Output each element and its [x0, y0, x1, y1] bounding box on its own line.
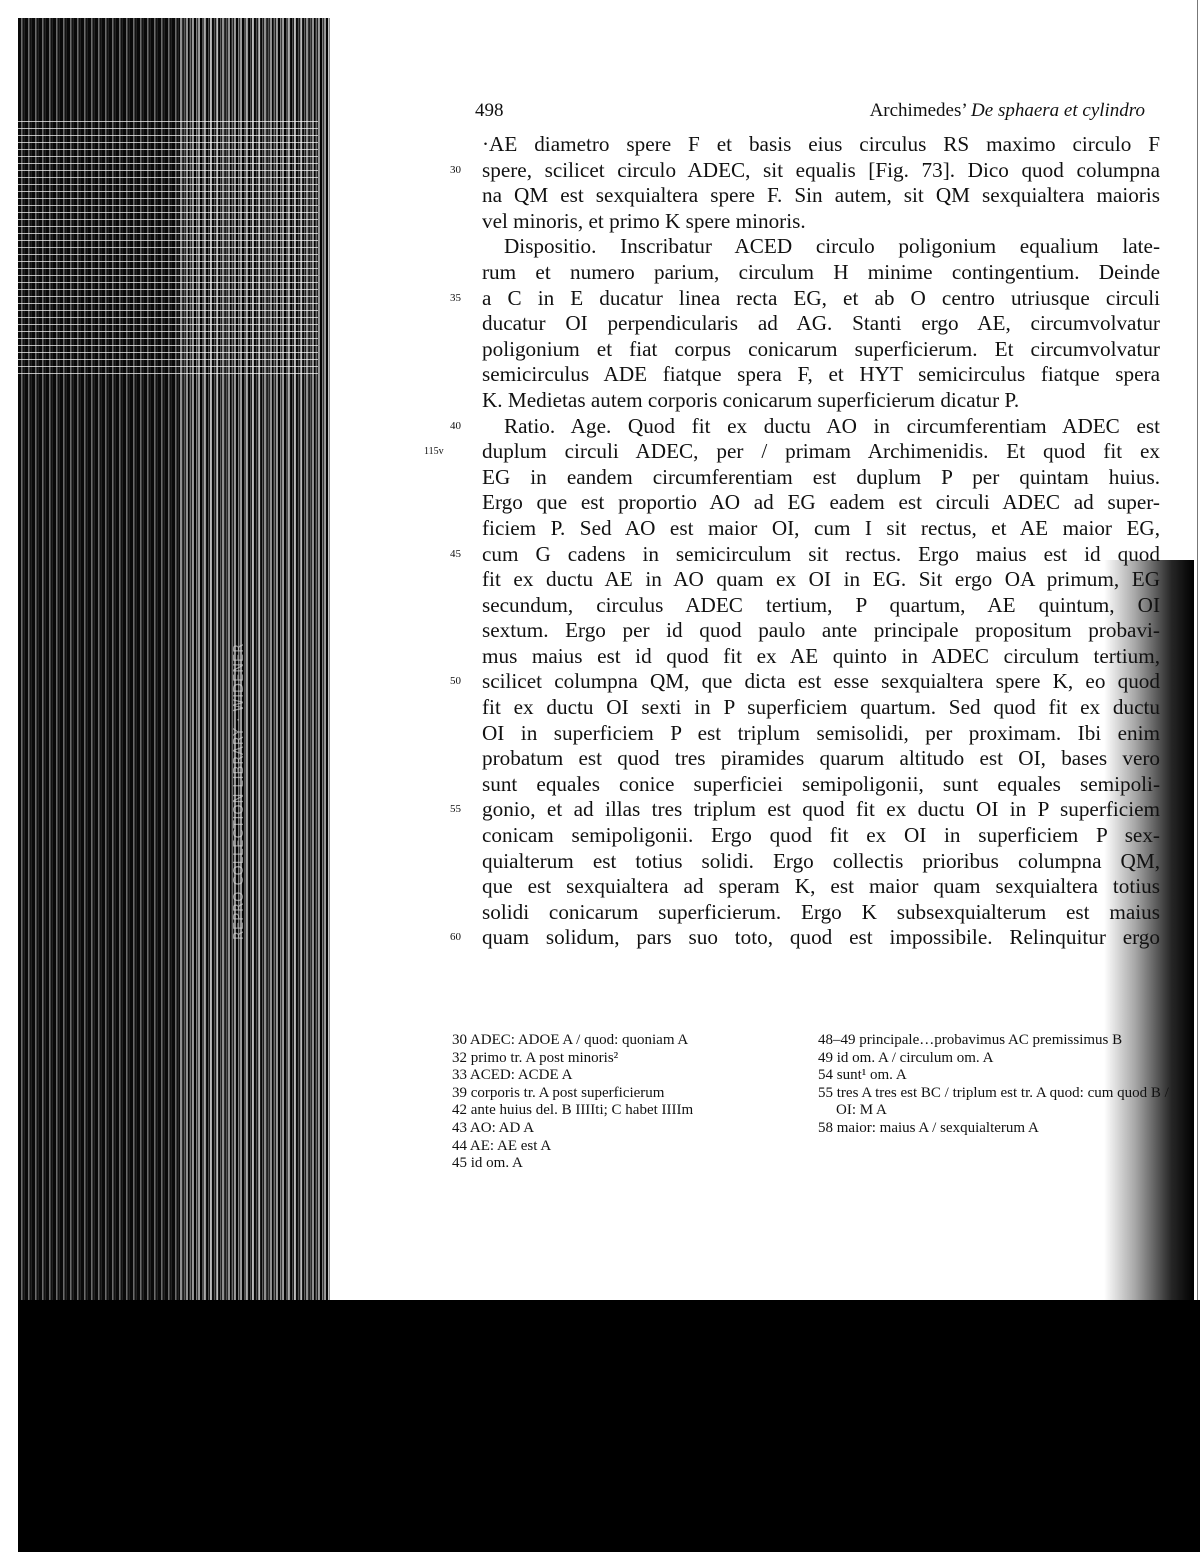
spine-label: REPRO COLLECTION LIBRARY · WIDENER: [232, 360, 262, 940]
line-number: 40: [450, 414, 461, 440]
text-line: spere, scilicet circulo ADEC, sit equali…: [482, 158, 1160, 184]
line-text: fit ex ductu OI sexti in P superficiem q…: [482, 695, 1160, 721]
text-line: EG in eandem circumferentiam est duplum …: [482, 465, 1160, 491]
line-text: OI in superficiem P est triplum semisoli…: [482, 721, 1160, 747]
line-text: ficiem P. Sed AO est maior OI, cum I sit…: [482, 516, 1160, 542]
line-text: ·AE diametro spere F et basis eius circu…: [482, 132, 1160, 158]
text-line: quam solidum, pars suo toto, quod est im…: [482, 925, 1160, 951]
apparatus-entry: 32 primo tr. A post minoris²: [452, 1050, 832, 1068]
running-title-work: De sphaera et cylindro: [971, 100, 1145, 121]
apparatus-entry: 49 id om. A / circulum om. A: [818, 1050, 1178, 1068]
apparatus-entries: 30 ADEC: ADOE A / quod: quoniam A32 prim…: [452, 1032, 832, 1173]
scan-background-dark: [18, 1300, 1200, 1552]
text-lines: ·AE diametro spere F et basis eius circu…: [482, 132, 1160, 951]
critical-apparatus-right: 48–49 principale…probavimus AC premissim…: [818, 1032, 1178, 1138]
book-page: 498 Archimedes’ De sphaera et cylindro ·…: [330, 0, 1160, 1340]
text-line: mus maius est id quod fit ex AE quinto i…: [482, 644, 1160, 670]
apparatus-entry: 30 ADEC: ADOE A / quod: quoniam A: [452, 1032, 832, 1050]
line-text: Ergo que est proportio AO ad EG eadem es…: [482, 490, 1160, 516]
text-line: Dispositio. Inscribatur ACED circulo pol…: [482, 234, 1160, 260]
line-text: scilicet columpna QM, que dicta est esse…: [482, 669, 1160, 695]
apparatus-entry: 55 tres A tres est BC / triplum est tr. …: [818, 1085, 1178, 1120]
text-line: ·AE diametro spere F et basis eius circu…: [482, 132, 1160, 158]
text-line: a C in E ducatur linea recta EG, et ab O…: [482, 286, 1160, 312]
text-line: fit ex ductu OI sexti in P superficiem q…: [482, 695, 1160, 721]
text-line: rum et numero parium, circulum H minime …: [482, 260, 1160, 286]
text-line: fit ex ductu AE in AO quam ex OI in EG. …: [482, 567, 1160, 593]
text-line: poligonium et fiat corpus conicarum supe…: [482, 337, 1160, 363]
apparatus-entries: 48–49 principale…probavimus AC premissim…: [818, 1032, 1178, 1138]
running-title-author: Archimedes’: [870, 100, 967, 121]
apparatus-entry: 54 sunt¹ om. A: [818, 1067, 1178, 1085]
scan-border: [1197, 0, 1198, 1400]
apparatus-entry: 39 corporis tr. A post superficierum: [452, 1085, 832, 1103]
text-line: OI in superficiem P est triplum semisoli…: [482, 721, 1160, 747]
apparatus-entry: 43 AO: AD A: [452, 1120, 832, 1138]
line-number: 55: [450, 797, 461, 823]
scan-artifact: [18, 120, 318, 380]
text-line: K. Medietas autem corporis conicarum sup…: [482, 388, 1160, 414]
line-text: solidi conicarum superficierum. Ergo K s…: [482, 900, 1160, 926]
line-text: secundum, circulus ADEC tertium, P quart…: [482, 593, 1160, 619]
line-number: 60: [450, 925, 461, 951]
line-text: duplum circuli ADEC, per / primam Archim…: [482, 439, 1160, 465]
text-line: scilicet columpna QM, que dicta est esse…: [482, 669, 1160, 695]
line-text: sunt equales conice superficiei semipoli…: [482, 772, 1160, 798]
apparatus-entry: 45 id om. A: [452, 1155, 832, 1173]
apparatus-entry: 58 maior: maius A / sexquialterum A: [818, 1120, 1178, 1138]
text-line: Ratio. Age. Quod fit ex ductu AO in circ…: [482, 414, 1160, 440]
apparatus-entry: 42 ante huius del. B IIIIti; C habet III…: [452, 1102, 832, 1120]
line-text: rum et numero parium, circulum H minime …: [482, 260, 1160, 286]
running-head: 498 Archimedes’ De sphaera et cylindro: [475, 100, 1115, 130]
line-text: fit ex ductu AE in AO quam ex OI in EG. …: [482, 567, 1160, 593]
line-text: cum G cadens in semicirculum sit rectus.…: [482, 542, 1160, 568]
text-line: solidi conicarum superficierum. Ergo K s…: [482, 900, 1160, 926]
line-number: 35: [450, 286, 461, 312]
text-line: vel minoris, et primo K spere minoris.: [482, 209, 1160, 235]
line-text: mus maius est id quod fit ex AE quinto i…: [482, 644, 1160, 670]
line-text: quialterum est totius solidi. Ergo colle…: [482, 849, 1160, 875]
main-text: ·AE diametro spere F et basis eius circu…: [482, 132, 1160, 951]
apparatus-entry: 48–49 principale…probavimus AC premissim…: [818, 1032, 1178, 1050]
text-line: Ergo que est proportio AO ad EG eadem es…: [482, 490, 1160, 516]
line-text: poligonium et fiat corpus conicarum supe…: [482, 337, 1160, 363]
text-line: conicam semipoligonii. Ergo quod fit ex …: [482, 823, 1160, 849]
text-line: na QM est sexquialtera spere F. Sin aute…: [482, 183, 1160, 209]
critical-apparatus-left: 30 ADEC: ADOE A / quod: quoniam A32 prim…: [452, 1032, 832, 1173]
line-text: vel minoris, et primo K spere minoris.: [482, 209, 1160, 235]
apparatus-entry: 44 AE: AE est A: [452, 1138, 832, 1156]
line-text: conicam semipoligonii. Ergo quod fit ex …: [482, 823, 1160, 849]
line-text: que est sexquialtera ad speram K, est ma…: [482, 874, 1160, 900]
text-line: que est sexquialtera ad speram K, est ma…: [482, 874, 1160, 900]
line-text: probatum est quod tres piramides quarum …: [482, 746, 1160, 772]
running-title: Archimedes’ De sphaera et cylindro: [870, 100, 1145, 122]
apparatus-entry: 33 ACED: ACDE A: [452, 1067, 832, 1085]
line-number: 30: [450, 158, 461, 184]
text-line: probatum est quod tres piramides quarum …: [482, 746, 1160, 772]
text-line: ducatur OI perpendicularis ad AG. Stanti…: [482, 311, 1160, 337]
text-line: gonio, et ad illas tres triplum est quod…: [482, 797, 1160, 823]
line-text: quam solidum, pars suo toto, quod est im…: [482, 925, 1160, 951]
line-text: spere, scilicet circulo ADEC, sit equali…: [482, 158, 1160, 184]
page-number: 498: [475, 100, 504, 122]
text-line: duplum circuli ADEC, per / primam Archim…: [482, 439, 1160, 465]
text-line: semicirculus ADE fiatque spera F, et HYT…: [482, 362, 1160, 388]
text-line: sextum. Ergo per id quod paulo ante prin…: [482, 618, 1160, 644]
text-line: cum G cadens in semicirculum sit rectus.…: [482, 542, 1160, 568]
line-text: gonio, et ad illas tres triplum est quod…: [482, 797, 1160, 823]
folio-marker: 115v: [424, 439, 444, 465]
line-text: semicirculus ADE fiatque spera F, et HYT…: [482, 362, 1160, 388]
line-text: K. Medietas autem corporis conicarum sup…: [482, 388, 1160, 414]
line-text: Dispositio. Inscribatur ACED circulo pol…: [482, 234, 1160, 260]
line-text: EG in eandem circumferentiam est duplum …: [482, 465, 1160, 491]
line-text: ducatur OI perpendicularis ad AG. Stanti…: [482, 311, 1160, 337]
text-line: ficiem P. Sed AO est maior OI, cum I sit…: [482, 516, 1160, 542]
line-text: sextum. Ergo per id quod paulo ante prin…: [482, 618, 1160, 644]
text-line: sunt equales conice superficiei semipoli…: [482, 772, 1160, 798]
line-number: 50: [450, 669, 461, 695]
line-text: a C in E ducatur linea recta EG, et ab O…: [482, 286, 1160, 312]
text-line: quialterum est totius solidi. Ergo colle…: [482, 849, 1160, 875]
text-line: secundum, circulus ADEC tertium, P quart…: [482, 593, 1160, 619]
line-text: na QM est sexquialtera spere F. Sin aute…: [482, 183, 1160, 209]
line-text: Ratio. Age. Quod fit ex ductu AO in circ…: [482, 414, 1160, 440]
line-number: 45: [450, 542, 461, 568]
